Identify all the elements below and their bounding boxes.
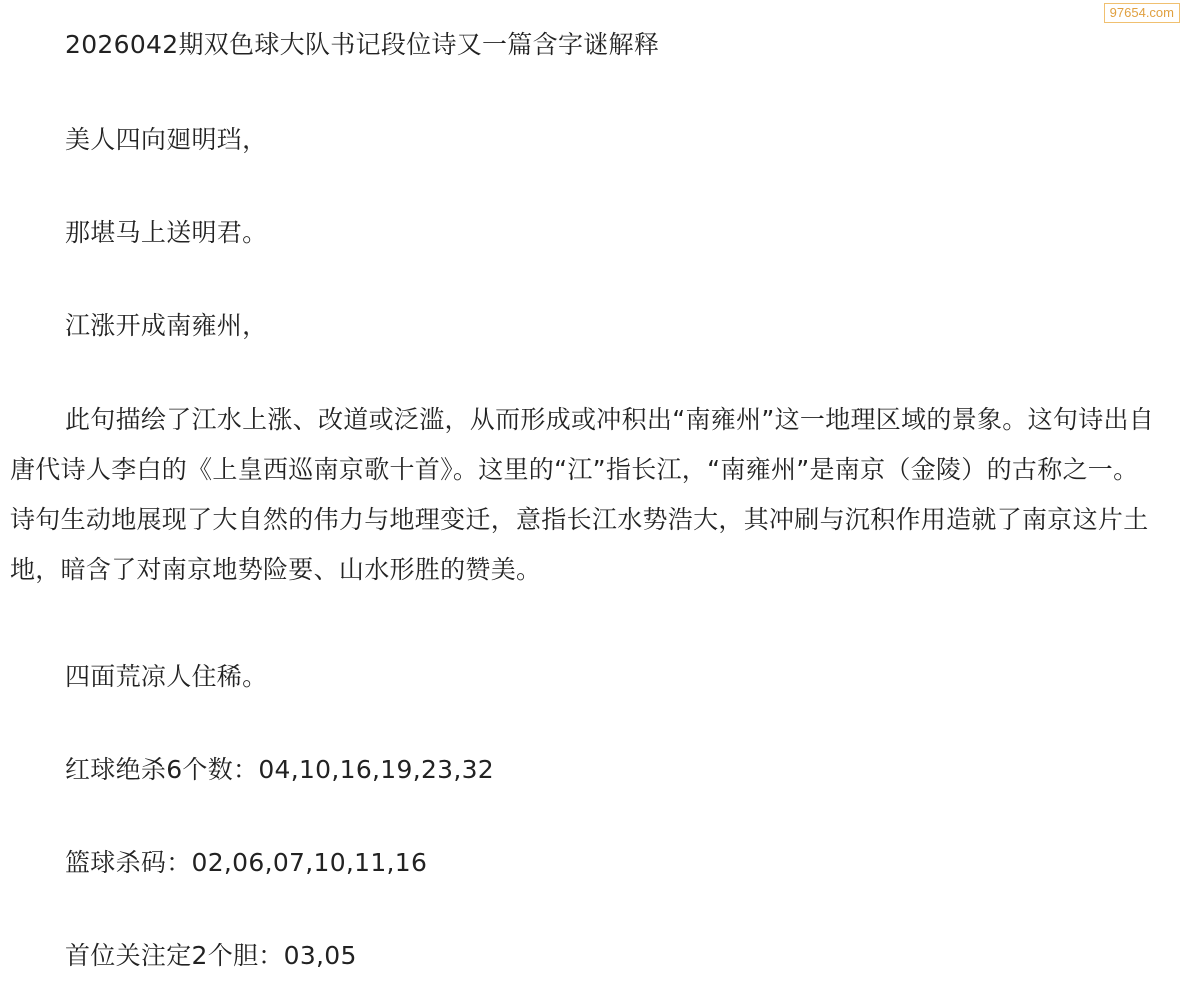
- first-position-picks: 首位关注定2个胆：03,05: [10, 931, 1155, 981]
- first-position-numbers: 03,05: [284, 941, 357, 970]
- poem-line-2: 那堪马上送明君。: [10, 208, 1155, 258]
- article-title: 2026042期双色球大队书记段位诗又一篇含字谜解释: [10, 20, 1155, 70]
- first-position-label: 首位关注定2个胆：: [65, 941, 284, 970]
- blue-ball-kill: 篮球杀码：02,06,07,10,11,16: [10, 838, 1155, 888]
- red-ball-kill: 红球绝杀6个数：04,10,16,19,23,32: [10, 745, 1155, 795]
- poem-line-4: 四面荒凉人住稀。: [10, 652, 1155, 702]
- blue-ball-kill-numbers: 02,06,07,10,11,16: [192, 848, 428, 877]
- explanation-paragraph: 此句描绘了江水上涨、改道或泛滥，从而形成或冲积出“南雍州”这一地理区域的景象。这…: [10, 395, 1155, 595]
- blue-ball-kill-label: 篮球杀码：: [65, 848, 192, 877]
- red-ball-kill-numbers: 04,10,16,19,23,32: [258, 755, 494, 784]
- red-ball-kill-label: 红球绝杀6个数：: [65, 755, 258, 784]
- poem-line-3: 江涨开成南雍州，: [10, 301, 1155, 351]
- poem-line-1: 美人四向廻明珰，: [10, 115, 1155, 165]
